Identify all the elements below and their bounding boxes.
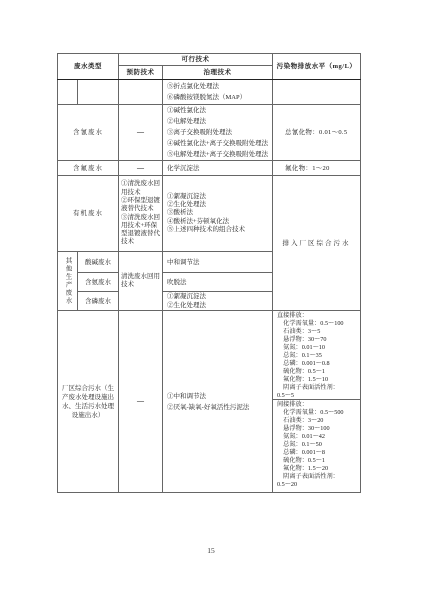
treatment-cell: ①中和调节法 ②厌氧-缺氧-好氧活性污泥法: [163, 311, 273, 493]
header-treatment-tech: 治理技术: [163, 66, 273, 80]
empty-cell: [78, 80, 119, 105]
treatment-cell: 中和调节法: [163, 252, 273, 273]
waste-type-cell: 厂区综合污水（生产废水处理设施出水、生活污水处理设施出水）: [58, 311, 119, 493]
waste-type-cell: 有机废水: [58, 176, 119, 252]
table-row: ⑤折点氯化处理法 ⑥磷酸铵镁脱氮法（MAP）: [58, 80, 361, 105]
treatment-cell: 化学沉淀法: [163, 161, 273, 176]
empty-cell: [273, 80, 361, 105]
empty-cell: [58, 80, 78, 105]
pollutant-level-cell: 直接排放： 化学需氧量：0.5～100 石油类：3～5 悬浮物：30～70 氨氮…: [273, 311, 361, 493]
treatment-cell: ①絮凝沉淀法 ②生化处理法 ③酸析法 ④酸析法+芬顿氧化法 ⑤上述四种技术的组合…: [163, 176, 273, 252]
prevention-cell: —: [119, 105, 163, 161]
waste-type-cell: 含氨废水: [78, 273, 119, 292]
treatment-cell: ⑤折点氯化处理法 ⑥磷酸铵镁脱氮法（MAP）: [163, 80, 273, 105]
pollutant-level-cell: 排入厂区综合污水: [273, 176, 361, 311]
waste-group-cell: 其他生产废水: [58, 252, 78, 311]
waste-type-cell: 含磷废水: [78, 292, 119, 311]
document-page: 废水类型 可行技术 污染物排放水平（mg/L） 预防技术 治理技术 ⑤折点氯化处…: [0, 0, 422, 596]
waste-type-cell: 含氟废水: [58, 161, 119, 176]
prevention-cell: 清洗废水回用技术: [119, 252, 163, 311]
feasible-technology-table: 废水类型 可行技术 污染物排放水平（mg/L） 预防技术 治理技术 ⑤折点氯化处…: [57, 53, 361, 493]
pollutant-level-cell: 氟化物：1～20: [273, 161, 361, 176]
table-row: 厂区综合污水（生产废水处理设施出水、生活污水处理设施出水） — ①中和调节法 ②…: [58, 311, 361, 493]
prevention-cell: —: [119, 311, 163, 493]
indirect-discharge-levels: 间接排放： 化学需氧量：0.5～500 石油类：3～20 悬浮物：30～100 …: [273, 400, 360, 492]
treatment-cell: ①碱性氯化法 ②电解处理法 ③离子交换吸附处理法 ④碱性氯化法+离子交换吸附处理…: [163, 105, 273, 161]
header-prevention-tech: 预防技术: [119, 66, 163, 80]
waste-type-cell: 酸碱废水: [78, 252, 119, 273]
header-feasible-tech: 可行技术: [119, 54, 273, 66]
prevention-cell: —: [119, 161, 163, 176]
table-row: 有机废水 ①清洗废水回用技术 ②环保型退镀液替代技术 ③清洗废水回用技术+环保型…: [58, 176, 361, 252]
direct-discharge-levels: 直接排放： 化学需氧量：0.5～100 石油类：3～5 悬浮物：30～70 氨氮…: [273, 311, 360, 400]
waste-group-label: 其他生产废水: [59, 257, 77, 305]
prevention-cell: ①清洗废水回用技术 ②环保型退镀液替代技术 ③清洗废水回用技术+环保型退镀液替代…: [119, 176, 163, 252]
table-row: 含氰废水 — ①碱性氯化法 ②电解处理法 ③离子交换吸附处理法 ④碱性氯化法+离…: [58, 105, 361, 161]
treatment-cell: 吹脱法: [163, 273, 273, 292]
header-pollutant-level: 污染物排放水平（mg/L）: [273, 54, 361, 80]
empty-cell: [119, 80, 163, 105]
treatment-cell: ①絮凝沉淀法 ②生化处理法: [163, 292, 273, 311]
waste-type-cell: 含氰废水: [58, 105, 119, 161]
pollutant-level-cell: 总氰化物：0.01～0.5: [273, 105, 361, 161]
page-number: 15: [0, 546, 422, 555]
header-waste-type: 废水类型: [58, 54, 119, 80]
table-row: 含氟废水 — 化学沉淀法 氟化物：1～20: [58, 161, 361, 176]
